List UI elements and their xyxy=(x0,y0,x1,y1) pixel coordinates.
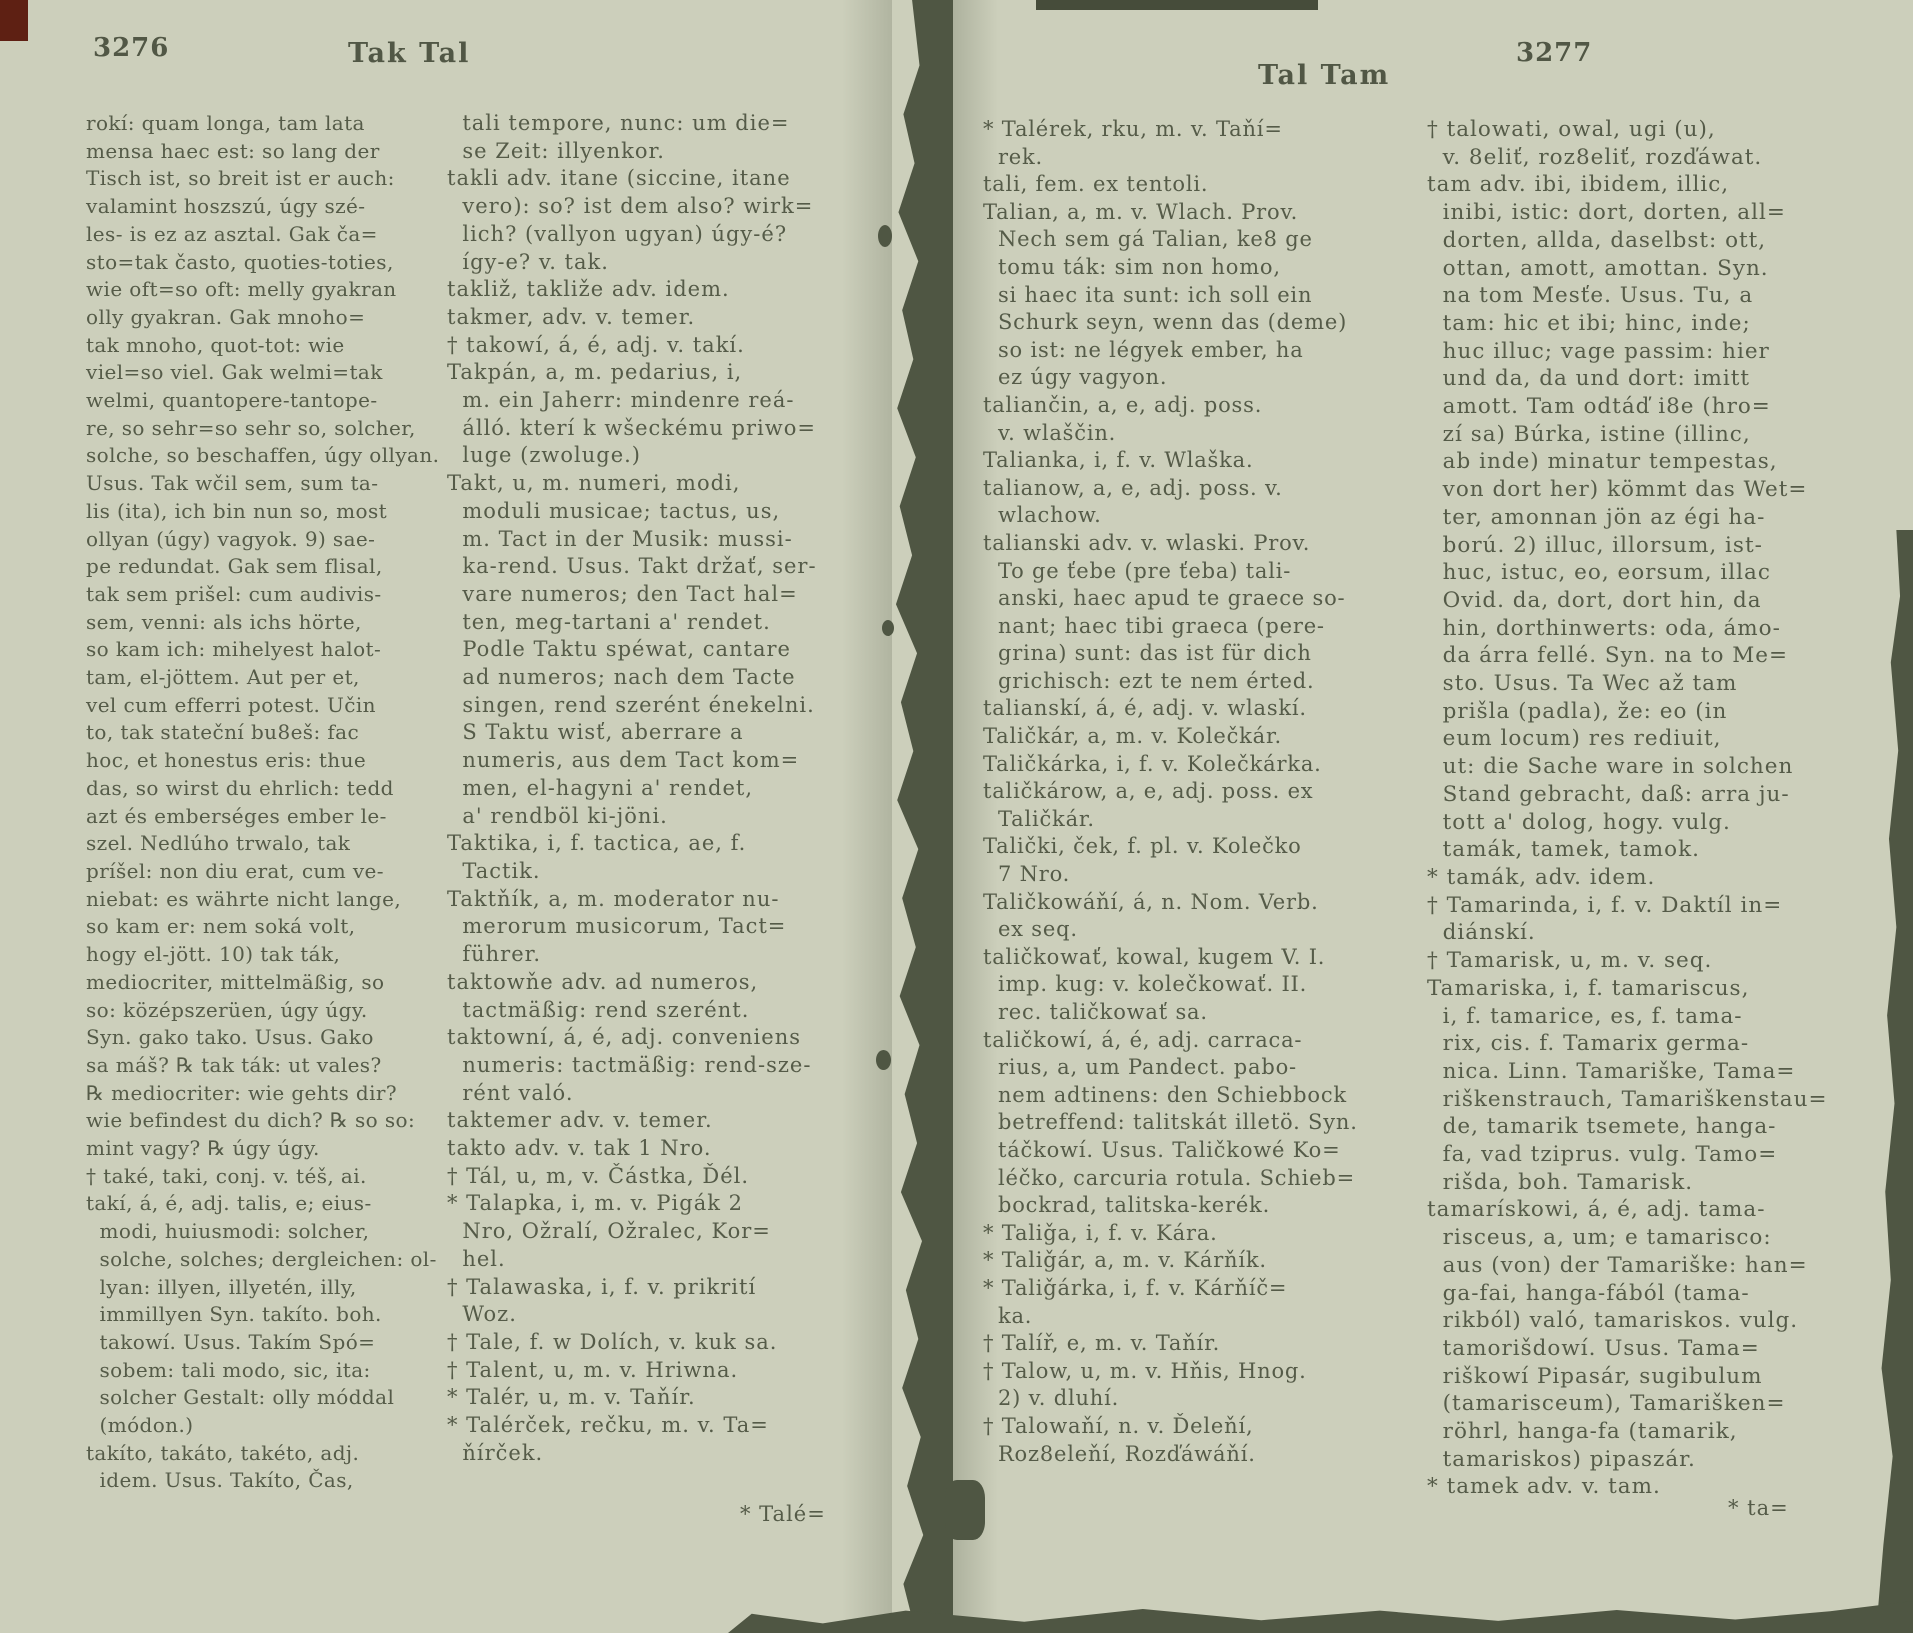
text-line: † Tale, f. w Dolích, v. kuk sa. xyxy=(447,1329,902,1357)
text-line: Nech sem gá Talian, ke8 ge xyxy=(983,226,1423,254)
text-line: von dort her) kömmt das Wet= xyxy=(1427,476,1897,504)
text-line: † také, taki, conj. v. téš, ai. xyxy=(86,1163,406,1191)
text-line: sto=tak často, quoties-toties, xyxy=(86,249,406,277)
text-line: idem. Usus. Takíto, Čas, xyxy=(86,1467,406,1495)
text-line: m. ein Jaherr: mindenre reá- xyxy=(447,387,902,415)
text-line: † talowati, owal, ugi (u), xyxy=(1427,116,1897,144)
text-line: fa, vad tziprus. vulg. Tamo= xyxy=(1427,1141,1897,1169)
text-line: viel=so viel. Gak welmi=tak xyxy=(86,359,406,387)
text-line: tamorišdowí. Usus. Tama= xyxy=(1427,1335,1897,1363)
text-line: príšel: non diu erat, cum ve- xyxy=(86,858,406,886)
text-line: hogy el-jött. 10) tak ták, xyxy=(86,941,406,969)
text-line: álló. kterí k wšeckému priwo= xyxy=(447,415,902,443)
text-line: ex seq. xyxy=(983,916,1423,944)
text-line: olly gyakran. Gak mnoho= xyxy=(86,304,406,332)
text-line: Talian, a, m. v. Wlach. Prov. xyxy=(983,199,1423,227)
gutter-speck xyxy=(876,1050,891,1070)
text-line: numeris: tactmäßig: rend-sze- xyxy=(447,1052,902,1080)
text-line: Taličkár, a, m. v. Kolečkár. xyxy=(983,723,1423,751)
text-line: hel. xyxy=(447,1246,902,1274)
text-line: lyan: illyen, illyetén, illy, xyxy=(86,1274,406,1302)
text-line: wie oft=so oft: melly gyakran xyxy=(86,276,406,304)
text-line: Tactik. xyxy=(447,858,902,886)
text-line: rius, a, um Pandect. pabo- xyxy=(983,1054,1423,1082)
text-line: tam adv. ibi, ibidem, illic, xyxy=(1427,171,1897,199)
text-line: tak sem prišel: cum audivis- xyxy=(86,581,406,609)
text-line: imp. kug: v. kolečkowať. II. xyxy=(983,971,1423,999)
text-line: v. 8eliť, roz8eliť, rozďáwat. xyxy=(1427,144,1897,172)
text-line: takíto, takáto, takéto, adj. xyxy=(86,1440,406,1468)
text-line: i, f. tamarice, es, f. tama- xyxy=(1427,1003,1897,1031)
text-line: röhrl, hanga-fa (tamarik, xyxy=(1427,1418,1897,1446)
text-line: Talianka, i, f. v. Wlaška. xyxy=(983,447,1423,475)
scan-corner-mark xyxy=(0,0,28,41)
text-line: Schurk seyn, wenn das (deme) xyxy=(983,309,1423,337)
text-line: mensa haec est: so lang der xyxy=(86,138,406,166)
text-line: taličkárow, a, e, adj. poss. ex xyxy=(983,778,1423,806)
text-line: Talički, ček, f. pl. v. Kolečko xyxy=(983,833,1423,861)
text-line: grina) sunt: das ist für dich xyxy=(983,640,1423,668)
text-line: takí, á, é, adj. talis, e; eius- xyxy=(86,1190,406,1218)
text-line: Taktňík, a, m. moderator nu- xyxy=(447,886,902,914)
text-line: hoc, et honestus eris: thue xyxy=(86,747,406,775)
text-line: rént való. xyxy=(447,1080,902,1108)
text-line: immillyen Syn. takíto. boh. xyxy=(86,1301,406,1329)
running-head-right: Tal Tam xyxy=(1258,60,1390,91)
text-line: da árra fellé. Syn. na to Me= xyxy=(1427,642,1897,670)
text-line: † Talíř, e, m. v. Taňír. xyxy=(983,1330,1423,1358)
text-line: na tom Mesťe. Usus. Tu, a xyxy=(1427,282,1897,310)
text-line: men, el-hagyni a' rendet, xyxy=(447,775,902,803)
right-page-column-2: † talowati, owal, ugi (u), v. 8eliť, roz… xyxy=(1427,116,1897,1501)
text-line: † Talow, u, m. v. Hňis, Hnog. xyxy=(983,1358,1423,1386)
text-line: * Taliǧárka, i, f. v. Kárňíč= xyxy=(983,1275,1423,1303)
text-line: takliž, takliže adv. idem. xyxy=(447,276,902,304)
text-line: To ge ťebe (pre ťeba) tali- xyxy=(983,558,1423,586)
text-line: a' rendböl ki-jöni. xyxy=(447,803,902,831)
text-line: tam: hic et ibi; hinc, inde; xyxy=(1427,310,1897,338)
text-line: Usus. Tak wčil sem, sum ta- xyxy=(86,470,406,498)
text-line: * Taliǧa, i, f. v. Kára. xyxy=(983,1220,1423,1248)
text-line: taličkowí, á, é, adj. carraca- xyxy=(983,1027,1423,1055)
text-line: Takpán, a, m. pedarius, i, xyxy=(447,359,902,387)
text-line: Nro, Ožralí, Ožralec, Kor= xyxy=(447,1218,902,1246)
right-page-column-1: * Talérek, rku, m. v. Taňí= rek.tali, fe… xyxy=(983,116,1423,1468)
text-line: moduli musicae; tactus, us, xyxy=(447,498,902,526)
text-line: se Zeit: illyenkor. xyxy=(447,138,902,166)
text-line: S Taktu wisť, aberrare a xyxy=(447,719,902,747)
left-page-column-2: tali tempore, nunc: um die= se Zeit: ill… xyxy=(447,110,902,1467)
text-line: aus (von) der Tamariške: han= xyxy=(1427,1252,1897,1280)
text-line: ez úgy vagyon. xyxy=(983,364,1423,392)
text-line: taktowní, á, é, adj. conveniens xyxy=(447,1024,902,1052)
text-line: tamák, tamek, tamok. xyxy=(1427,836,1897,864)
text-line: † Talent, u, m. v. Hriwna. xyxy=(447,1357,902,1385)
text-line: wie befindest du dich? ℞ so so: xyxy=(86,1107,406,1135)
text-line: inibi, istic: dort, dorten, all= xyxy=(1427,199,1897,227)
text-line: wlachow. xyxy=(983,502,1423,530)
text-line: mint vagy? ℞ úgy úgy. xyxy=(86,1135,406,1163)
text-line: rec. taličkowať sa. xyxy=(983,999,1423,1027)
text-line: re, so sehr=so sehr so, solcher, xyxy=(86,415,406,443)
text-line: ború. 2) illuc, illorsum, ist- xyxy=(1427,532,1897,560)
catchword-right: * ta= xyxy=(1728,1496,1789,1520)
text-line: takowí. Usus. Takím Spó= xyxy=(86,1329,406,1357)
text-line: takto adv. v. tak 1 Nro. xyxy=(447,1135,902,1163)
text-line: 2) v. dluhí. xyxy=(983,1385,1423,1413)
text-line: valamint hoszszú, úgy szé- xyxy=(86,193,406,221)
text-line: * Talér, u, m. v. Taňír. xyxy=(447,1384,902,1412)
text-line: sto. Usus. Ta Wec až tam xyxy=(1427,670,1897,698)
text-line: bockrad, talitska-kerék. xyxy=(983,1192,1423,1220)
text-line: † takowí, á, é, adj. v. takí. xyxy=(447,332,902,360)
text-line: prišla (padla), že: eo (in xyxy=(1427,698,1897,726)
text-line: rix, cis. f. Tamarix germa- xyxy=(1427,1030,1897,1058)
text-line: welmi, quantopere-tantope- xyxy=(86,387,406,415)
text-line: vel cum efferri potest. Učin xyxy=(86,692,406,720)
text-line: † Talawaska, i, f. v. prikrití xyxy=(447,1274,902,1302)
text-line: ňírček. xyxy=(447,1440,902,1468)
gutter-speck xyxy=(882,620,894,636)
text-line: Ovid. da, dort, dort hin, da xyxy=(1427,587,1897,615)
text-line: ka. xyxy=(983,1303,1423,1331)
text-line: solcher Gestalt: olly móddal xyxy=(86,1384,406,1412)
text-line: ga-fai, hanga-fából (tama- xyxy=(1427,1280,1897,1308)
text-line: tamariskos) pipaszár. xyxy=(1427,1446,1897,1474)
text-line: † Tál, u, m, v. Částka, Ďél. xyxy=(447,1163,902,1191)
text-line: (tamarisceum), Tamarišken= xyxy=(1427,1390,1897,1418)
text-line: † Tamarinda, i, f. v. Daktíl in= xyxy=(1427,892,1897,920)
text-line: takmer, adv. v. temer. xyxy=(447,304,902,332)
gutter-speck xyxy=(945,1480,985,1540)
text-line: rokí: quam longa, tam lata xyxy=(86,110,406,138)
text-line: tali, fem. ex tentoli. xyxy=(983,171,1423,199)
text-line: léčko, carcuria rotula. Schieb= xyxy=(983,1165,1423,1193)
text-line: vare numeros; den Tact hal= xyxy=(447,581,902,609)
text-line: nem adtinens: den Schiebbock xyxy=(983,1082,1423,1110)
text-line: hin, dorthinwerts: oda, ámo- xyxy=(1427,615,1897,643)
text-line: talianskí, á, é, adj. v. wlaskí. xyxy=(983,695,1423,723)
text-line: Podle Taktu spéwat, cantare xyxy=(447,636,902,664)
text-line: betreffend: talitskát illetö. Syn. xyxy=(983,1109,1423,1137)
text-line: dorten, allda, daselbst: ott, xyxy=(1427,227,1897,255)
text-line: lich? (vallyon ugyan) úgy-é? xyxy=(447,221,902,249)
text-line: luge (zwoluge.) xyxy=(447,442,902,470)
page-number-right: 3277 xyxy=(1516,38,1592,68)
text-line: ten, meg-tartani a' rendet. xyxy=(447,609,902,637)
text-line: * Taliǧár, a, m. v. Kárňík. xyxy=(983,1247,1423,1275)
text-line: taktowňe adv. ad numeros, xyxy=(447,969,902,997)
text-line: * Talérek, rku, m. v. Taňí= xyxy=(983,116,1423,144)
text-line: nica. Linn. Tamariške, Tama= xyxy=(1427,1058,1897,1086)
text-line: ter, amonnan jön az égi ha- xyxy=(1427,504,1897,532)
text-line: Tamariska, i, f. tamariscus, xyxy=(1427,975,1897,1003)
text-line: und da, da und dort: imitt xyxy=(1427,365,1897,393)
text-line: * tamek adv. v. tam. xyxy=(1427,1473,1897,1501)
text-line: * tamák, adv. idem. xyxy=(1427,864,1897,892)
text-line: diánskí. xyxy=(1427,919,1897,947)
text-line: Taktika, i, f. tactica, ae, f. xyxy=(447,830,902,858)
catchword-left: * Talé= xyxy=(740,1502,826,1526)
text-line: de, tamarik tsemete, hanga- xyxy=(1427,1113,1897,1141)
text-line: sobem: tali modo, sic, ita: xyxy=(86,1357,406,1385)
text-line: taličkowať, kowal, kugem V. I. xyxy=(983,944,1423,972)
running-head-left: Tak Tal xyxy=(348,38,470,69)
text-line: (módon.) xyxy=(86,1412,406,1440)
text-line: tamarískowi, á, é, adj. tama- xyxy=(1427,1196,1897,1224)
text-line: Tisch ist, so breit ist er auch: xyxy=(86,165,406,193)
text-line: rek. xyxy=(983,144,1423,172)
text-line: így-e? v. tak. xyxy=(447,249,902,277)
text-line: solche, so beschaffen, úgy ollyan. xyxy=(86,442,406,470)
text-line: so kam ich: mihelyest halot- xyxy=(86,636,406,664)
text-line: * Talérček, rečku, m. v. Ta= xyxy=(447,1412,902,1440)
text-line: Stand gebracht, daß: arra ju- xyxy=(1427,781,1897,809)
text-line: huc, istuc, eo, eorsum, illac xyxy=(1427,559,1897,587)
text-line: † Talowaňí, n. v. Ďeleňí, xyxy=(983,1413,1423,1441)
book-scan: 3276 Tak Tal rokí: quam longa, tam latam… xyxy=(0,0,1913,1633)
text-line: szel. Nedlúho trwalo, tak xyxy=(86,830,406,858)
text-line: Taličkár. xyxy=(983,806,1423,834)
text-line: merorum musicorum, Tact= xyxy=(447,913,902,941)
text-line: tactmäßig: rend szerént. xyxy=(447,997,902,1025)
text-line: nant; haec tibi graeca (pere- xyxy=(983,613,1423,641)
text-line: niebat: es währte nicht lange, xyxy=(86,886,406,914)
text-line: ad numeros; nach dem Tacte xyxy=(447,664,902,692)
text-line: pe redundat. Gak sem flisal, xyxy=(86,553,406,581)
text-line: † Tamarisk, u, m. v. seq. xyxy=(1427,947,1897,975)
text-line: les- is ez az asztal. Gak ča= xyxy=(86,221,406,249)
text-line: so: középszerüen, úgy úgy. xyxy=(86,997,406,1025)
text-line: Takt, u, m. numeri, modi, xyxy=(447,470,902,498)
text-line: tomu ták: sim non homo, xyxy=(983,254,1423,282)
text-line: taliančin, a, e, adj. poss. xyxy=(983,392,1423,420)
text-line: ut: die Sache ware in solchen xyxy=(1427,753,1897,781)
text-line: sa máš? ℞ tak ták: ut vales? xyxy=(86,1052,406,1080)
text-line: tott a' dolog, hogy. vulg. xyxy=(1427,809,1897,837)
text-line: m. Tact in der Musik: mussi- xyxy=(447,526,902,554)
text-line: Roz8eleňí, Rozďáwáňí. xyxy=(983,1441,1423,1469)
text-line: grichisch: ezt te nem érted. xyxy=(983,668,1423,696)
text-line: taktemer adv. v. temer. xyxy=(447,1107,902,1135)
text-line: v. wlaščin. xyxy=(983,420,1423,448)
text-line: so ist: ne légyek ember, ha xyxy=(983,337,1423,365)
gutter-speck xyxy=(878,225,892,247)
text-line: singen, rend szerént énekelni. xyxy=(447,692,902,720)
text-line: das, so wirst du ehrlich: tedd xyxy=(86,775,406,803)
text-line: tam, el-jöttem. Aut per et, xyxy=(86,664,406,692)
text-line: numeris, aus dem Tact kom= xyxy=(447,747,902,775)
text-line: so kam er: nem soká volt, xyxy=(86,913,406,941)
text-line: Woz. xyxy=(447,1301,902,1329)
text-line: si haec ita sunt: ich soll ein xyxy=(983,282,1423,310)
text-line: Taličkowáňí, á, n. Nom. Verb. xyxy=(983,889,1423,917)
text-line: tali tempore, nunc: um die= xyxy=(447,110,902,138)
gutter-shadow-right xyxy=(952,0,998,1633)
text-line: táčkowí. Usus. Taličkowé Ko= xyxy=(983,1137,1423,1165)
text-line: mediocriter, mittelmäßig, so xyxy=(86,969,406,997)
text-line: führer. xyxy=(447,941,902,969)
scan-edge-top xyxy=(1036,0,1318,10)
text-line: Syn. gako tako. Usus. Gako xyxy=(86,1024,406,1052)
text-line: huc illuc; vage passim: hier xyxy=(1427,338,1897,366)
text-line: tak mnoho, quot-tot: wie xyxy=(86,332,406,360)
text-line: modi, huiusmodi: solcher, xyxy=(86,1218,406,1246)
text-line: 7 Nro. xyxy=(983,861,1423,889)
text-line: * Talapka, i, m. v. Pigák 2 xyxy=(447,1190,902,1218)
text-line: zí sa) Búrka, istine (illinc, xyxy=(1427,421,1897,449)
text-line: sem, venni: als ichs hörte, xyxy=(86,609,406,637)
text-line: talianski adv. v. wlaski. Prov. xyxy=(983,530,1423,558)
left-page-column-1: rokí: quam longa, tam latamensa haec est… xyxy=(86,110,406,1495)
text-line: vero): so? ist dem also? wirk= xyxy=(447,193,902,221)
text-line: ollyan (úgy) vagyok. 9) sae- xyxy=(86,526,406,554)
text-line: ℞ mediocriter: wie gehts dir? xyxy=(86,1080,406,1108)
text-line: riškenstrauch, Tamariškenstau= xyxy=(1427,1086,1897,1114)
text-line: rišda, boh. Tamarisk. xyxy=(1427,1169,1897,1197)
text-line: ottan, amott, amottan. Syn. xyxy=(1427,255,1897,283)
text-line: eum locum) res rediuit, xyxy=(1427,725,1897,753)
scan-edge-bottom xyxy=(728,1601,1913,1633)
text-line: rikból) való, tamariskos. vulg. xyxy=(1427,1307,1897,1335)
text-line: anski, haec apud te graece so- xyxy=(983,585,1423,613)
text-line: ab inde) minatur tempestas, xyxy=(1427,448,1897,476)
text-line: risceus, a, um; e tamarisco: xyxy=(1427,1224,1897,1252)
page-number-left: 3276 xyxy=(93,33,169,63)
text-line: talianow, a, e, adj. poss. v. xyxy=(983,475,1423,503)
text-line: to, tak stateční bu8eš: fac xyxy=(86,719,406,747)
text-line: ka-rend. Usus. Takt držať, ser- xyxy=(447,553,902,581)
text-line: lis (ita), ich bin nun so, most xyxy=(86,498,406,526)
text-line: azt és emberséges ember le- xyxy=(86,803,406,831)
text-line: solche, solches; dergleichen: ol- xyxy=(86,1246,406,1274)
text-line: takli adv. itane (siccine, itane xyxy=(447,165,902,193)
text-line: amott. Tam odtáď i8e (hro= xyxy=(1427,393,1897,421)
text-line: riškowí Pipasár, sugibulum xyxy=(1427,1363,1897,1391)
text-line: Taličkárka, i, f. v. Kolečkárka. xyxy=(983,751,1423,779)
